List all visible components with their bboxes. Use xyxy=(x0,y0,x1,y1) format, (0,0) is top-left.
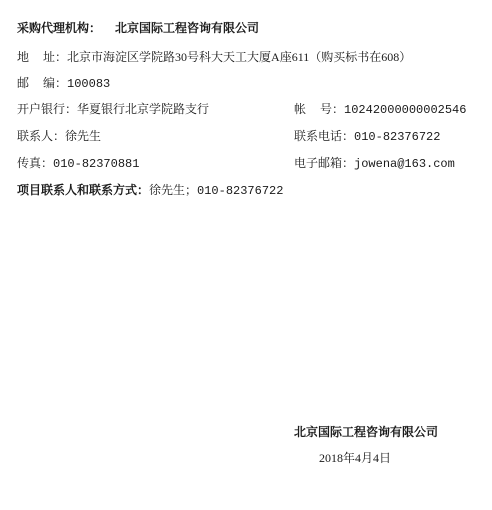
project-contact-value: 徐先生；010-82376722 xyxy=(149,184,283,198)
bank-line: 开户银行：华夏银行北京学院路支行 xyxy=(17,101,209,117)
address-line: 地址：北京市海淀区学院路30号科大天工大厦A座611（购买标书在608） xyxy=(17,49,411,65)
email-line: 电子邮箱：jowena@163.com xyxy=(294,155,455,172)
contact-line: 联系人：徐先生 xyxy=(17,128,101,144)
postcode-value: 100083 xyxy=(67,77,110,91)
fax-value: 010-82370881 xyxy=(53,157,139,171)
fax-label: 传真： xyxy=(17,156,53,170)
postcode-label-b: 编： xyxy=(43,76,67,90)
signature-date: 2018年4月4日 xyxy=(319,450,391,466)
postcode-label-a: 邮 xyxy=(17,76,29,90)
contact-value: 徐先生 xyxy=(65,129,101,143)
fax-line: 传真：010-82370881 xyxy=(17,155,139,172)
account-label-a: 帐 xyxy=(294,102,306,116)
address-label-a: 地 xyxy=(17,50,29,64)
account-value: 10242000000002546 xyxy=(344,103,466,117)
signature-company: 北京国际工程咨询有限公司 xyxy=(294,424,438,440)
phone-line: 联系电话：010-82376722 xyxy=(294,128,440,145)
address-label-b: 址： xyxy=(43,50,67,64)
account-label-b: 号： xyxy=(320,102,344,116)
bank-label: 开户银行： xyxy=(17,102,77,116)
phone-value: 010-82376722 xyxy=(354,130,440,144)
contact-label: 联系人： xyxy=(17,129,65,143)
project-contact-line: 项目联系人和联系方式：徐先生；010-82376722 xyxy=(17,182,283,199)
account-line: 帐号：10242000000002546 xyxy=(294,101,466,118)
phone-label: 联系电话： xyxy=(294,129,354,143)
email-value: jowena@163.com xyxy=(354,157,455,171)
email-label: 电子邮箱： xyxy=(294,156,354,170)
agency-line: 采购代理机构：北京国际工程咨询有限公司 xyxy=(17,20,259,36)
agency-label: 采购代理机构： xyxy=(17,21,101,35)
agency-name: 北京国际工程咨询有限公司 xyxy=(115,21,259,35)
postcode-line: 邮编：100083 xyxy=(17,75,110,92)
project-contact-label: 项目联系人和联系方式： xyxy=(17,183,149,197)
bank-value: 华夏银行北京学院路支行 xyxy=(77,102,209,116)
address-value: 北京市海淀区学院路30号科大天工大厦A座611（购买标书在608） xyxy=(67,50,411,64)
